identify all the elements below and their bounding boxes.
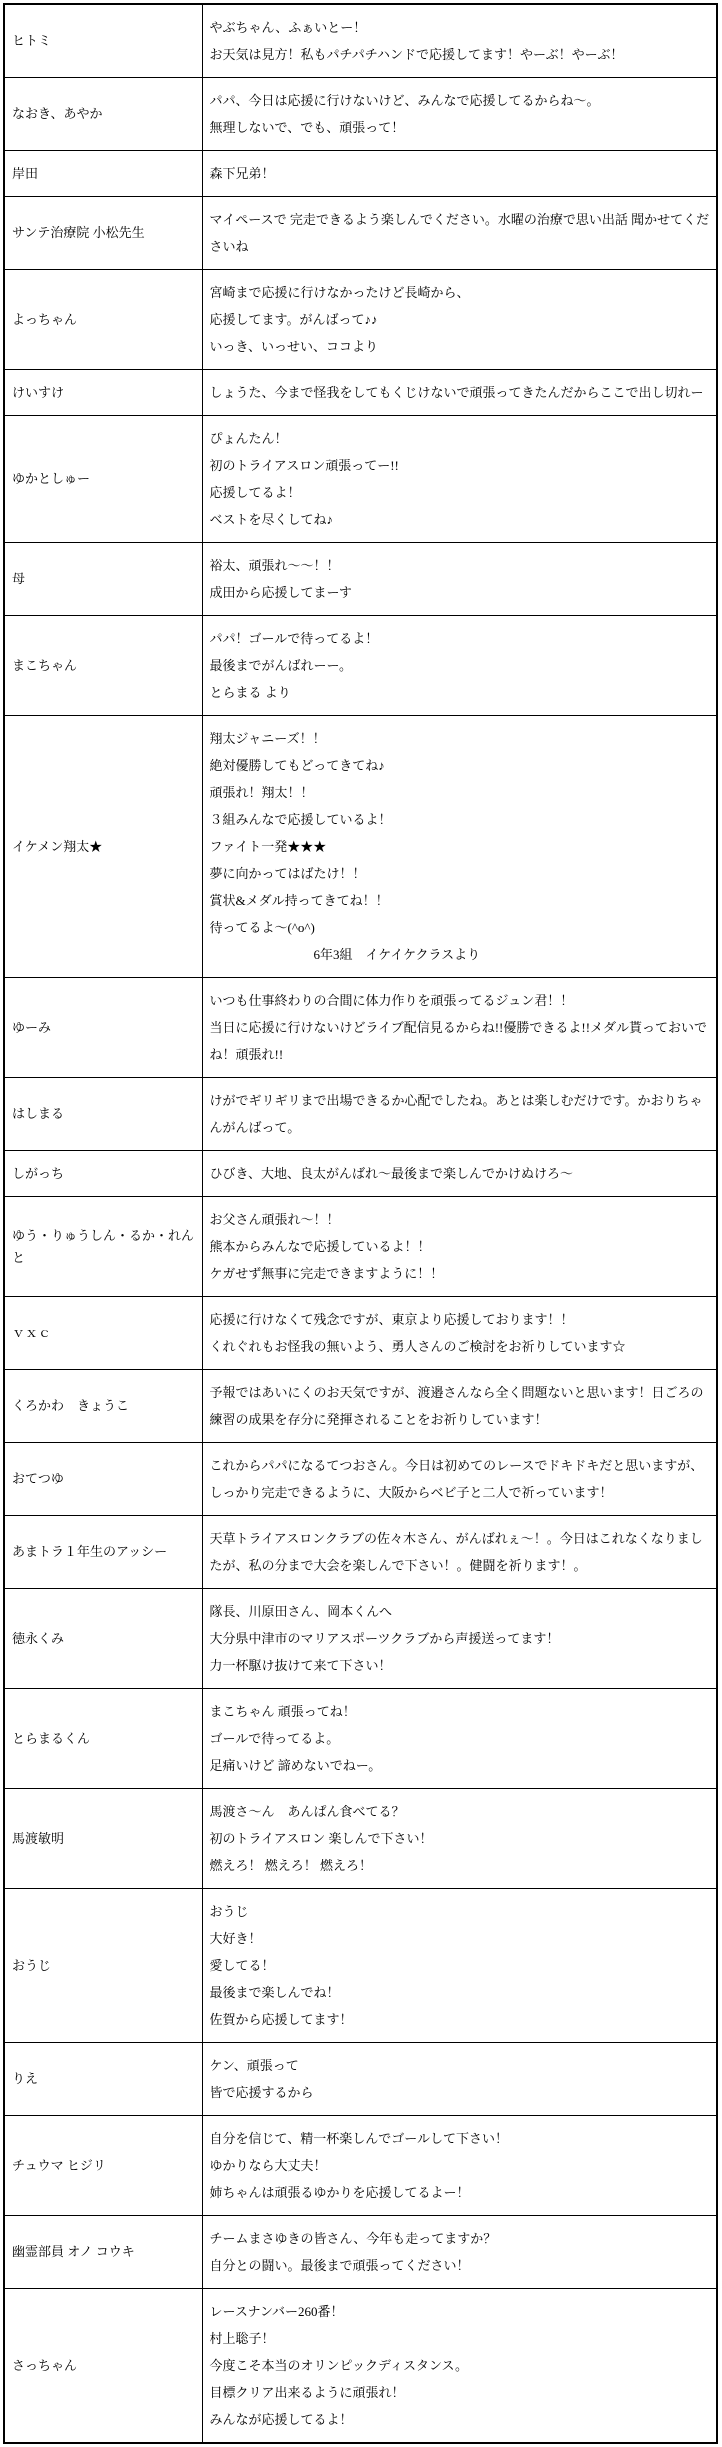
table-row: 幽霊部員 オノ コウキ チームまさゆきの皆さん、今年も走ってますか？自分との闘い… (4, 2216, 717, 2289)
supporter-name: 馬渡敏明 (4, 1789, 202, 1889)
message-cell: 森下兄弟！ (202, 151, 717, 197)
support-message-board: ヒトミ やぶちゃん、ふぁいとー！お天気は見方！私もパチパチハンドで応援してます！… (0, 0, 722, 2447)
supporter-name: おてつゆ (4, 1443, 202, 1516)
message-line: 今度こそ本当のオリンピックディスタンス。 (210, 2352, 711, 2379)
table-row: 徳永くみ 隊長、川原田さん、岡本くんへ大分県中津市のマリアスポーツクラブから声援… (4, 1589, 717, 1689)
message-line: おうじ (210, 1898, 711, 1925)
message-line: 応援してるよ！ (210, 479, 711, 506)
supporter-name: さっちゃん (4, 2289, 202, 2444)
table-row: よっちゃん 宮崎まで応援に行けなかったけど長崎から、応援してます。がんばって♪♪… (4, 270, 717, 370)
message-line: レースナンバー260番！ (210, 2298, 711, 2325)
supporter-name: サンテ治療院 小松先生 (4, 197, 202, 270)
table-row: ｖｘｃ 応援に行けなくて残念ですが、東京より応援しております！！くれぐれもお怪我… (4, 1297, 717, 1370)
supporter-name: 岸田 (4, 151, 202, 197)
message-line: ベストを尽くしてね♪ (210, 506, 711, 533)
message-line: 力一杯駆け抜けて来て下さい！ (210, 1652, 711, 1679)
table-row: はしまる けがでギリギリまで出場できるか心配でしたね。あとは楽しむだけです。かお… (4, 1078, 717, 1151)
message-line: 応援してます。がんばって♪♪ (210, 306, 711, 333)
message-line: 佐賀から応援してます！ (210, 2006, 711, 2033)
message-line: 成田から応援してまーす (210, 579, 711, 606)
table-row: 馬渡敏明 馬渡さ～ん あんぱん食べてる？初のトライアスロン 楽しんで下さい！燃え… (4, 1789, 717, 1889)
supporter-name: 幽霊部員 オノ コウキ (4, 2216, 202, 2289)
supporter-name: 母 (4, 543, 202, 616)
message-line: 翔太ジャニーズ！！ (210, 725, 711, 752)
message-line: 自分を信じて、精一杯楽しんでゴールして下さい！ (210, 2125, 711, 2152)
message-line: 裕太、頑張れ～～！！ (210, 552, 711, 579)
supporter-name: しがっち (4, 1151, 202, 1197)
table-row: おてつゆ これからパパになるてつおさん。今日は初めてのレースでドキドキだと思いま… (4, 1443, 717, 1516)
message-line: チームまさゆきの皆さん、今年も走ってますか？ (210, 2225, 711, 2252)
supporter-name: はしまる (4, 1078, 202, 1151)
table-row: ヒトミ やぶちゃん、ふぁいとー！お天気は見方！私もパチパチハンドで応援してます！… (4, 4, 717, 78)
supporter-name: ゆかとしゅー (4, 416, 202, 543)
table-row: あまトラ１年生のアッシー 天草トライアスロンクラブの佐々木さん、がんばれぇ～！。… (4, 1516, 717, 1589)
message-line: 当日に応援に行けないけどライブ配信見るからね!!優勝できるよ!!メダル貰っておい… (210, 1014, 711, 1068)
message-cell: 自分を信じて、精一杯楽しんでゴールして下さい！ゆかりなら大丈夫！姉ちゃんは頑張る… (202, 2116, 717, 2216)
table-row: しがっち ひびき、大地、良太がんばれ～最後まで楽しんでかけぬけろ～ (4, 1151, 717, 1197)
message-line: 天草トライアスロンクラブの佐々木さん、がんばれぇ～！。今日はこれなくなりましたが… (210, 1525, 711, 1579)
supporter-name: イケメン翔太★ (4, 716, 202, 978)
table-row: りえ ケン、頑張って皆で応援するから (4, 2043, 717, 2116)
supporter-name: りえ (4, 2043, 202, 2116)
message-line: 予報ではあいにくのお天気ですが、渡邉さんなら全く問題ないと思います！日ごろの練習… (210, 1379, 711, 1433)
message-cell: やぶちゃん、ふぁいとー！お天気は見方！私もパチパチハンドで応援してます！やーぶ！… (202, 4, 717, 78)
message-line: 最後まで楽しんでね！ (210, 1979, 711, 2006)
message-cell: ひびき、大地、良太がんばれ～最後まで楽しんでかけぬけろ～ (202, 1151, 717, 1197)
message-line: 頑張れ！翔太！！ (210, 779, 711, 806)
message-line: ３組みんなで応援しているよ！ (210, 806, 711, 833)
message-line: ゴールで待ってるよ。 (210, 1725, 711, 1752)
message-line: パパ！ゴールで待ってるよ！ (210, 625, 711, 652)
message-line: 絶対優勝してもどってきてね♪ (210, 752, 711, 779)
supporter-name: ｖｘｃ (4, 1297, 202, 1370)
supporter-name: とらまるくん (4, 1689, 202, 1789)
table-row: ゆーみ いつも仕事終わりの合間に体力作りを頑張ってるジュン君！！当日に応援に行け… (4, 978, 717, 1078)
message-line: けがでギリギリまで出場できるか心配でしたね。あとは楽しむだけです。かおりちゃんが… (210, 1087, 711, 1141)
message-cell: 応援に行けなくて残念ですが、東京より応援しております！！くれぐれもお怪我の無いよ… (202, 1297, 717, 1370)
table-row: チュウマ ヒジリ 自分を信じて、精一杯楽しんでゴールして下さい！ゆかりなら大丈夫… (4, 2116, 717, 2216)
message-line: ぴょんたん！ (210, 425, 711, 452)
message-cell: これからパパになるてつおさん。今日は初めてのレースでドキドキだと思いますが、しっ… (202, 1443, 717, 1516)
message-line: ゆかりなら大丈夫！ (210, 2152, 711, 2179)
message-cell: まこちゃん 頑張ってね！ゴールで待ってるよ。足痛いけど 諦めないでねー。 (202, 1689, 717, 1789)
table-row: くろかわ きょうこ 予報ではあいにくのお天気ですが、渡邉さんなら全く問題ないと思… (4, 1370, 717, 1443)
supporter-name: ゆう・りゅうしん・るか・れんと (4, 1197, 202, 1297)
message-cell: パパ、今日は応援に行けないけど、みんなで応援してるからね～。無理しないで、でも、… (202, 78, 717, 151)
message-cell: いつも仕事終わりの合間に体力作りを頑張ってるジュン君！！当日に応援に行けないけど… (202, 978, 717, 1078)
supporter-name: よっちゃん (4, 270, 202, 370)
support-messages-table: ヒトミ やぶちゃん、ふぁいとー！お天気は見方！私もパチパチハンドで応援してます！… (3, 3, 718, 2444)
table-row: おうじ おうじ大好き！愛してる！最後まで楽しんでね！佐賀から応援してます！ (4, 1889, 717, 2043)
message-line: 自分との闘い。最後まで頑張ってください！ (210, 2252, 711, 2279)
message-cell: 宮崎まで応援に行けなかったけど長崎から、応援してます。がんばって♪♪いっき、いっ… (202, 270, 717, 370)
supporter-name: おうじ (4, 1889, 202, 2043)
supporter-name: まこちゃん (4, 616, 202, 716)
table-row: 岸田 森下兄弟！ (4, 151, 717, 197)
supporter-name: あまトラ１年生のアッシー (4, 1516, 202, 1589)
message-line: パパ、今日は応援に行けないけど、みんなで応援してるからね～。 (210, 87, 711, 114)
message-cell: 予報ではあいにくのお天気ですが、渡邉さんなら全く問題ないと思います！日ごろの練習… (202, 1370, 717, 1443)
message-line: いつも仕事終わりの合間に体力作りを頑張ってるジュン君！！ (210, 987, 711, 1014)
message-line: 馬渡さ～ん あんぱん食べてる？ (210, 1798, 711, 1825)
message-cell: 天草トライアスロンクラブの佐々木さん、がんばれぇ～！。今日はこれなくなりましたが… (202, 1516, 717, 1589)
message-line: マイペースで 完走できるよう楽しんでください。水曜の治療で思い出話 聞かせてくだ… (210, 206, 711, 260)
message-cell: パパ！ゴールで待ってるよ！最後までがんばれーー。とらまる より (202, 616, 717, 716)
message-cell: 隊長、川原田さん、岡本くんへ大分県中津市のマリアスポーツクラブから声援送ってます… (202, 1589, 717, 1689)
message-line: 賞状&メダル持ってきてね！！ (210, 887, 711, 914)
message-line: 森下兄弟！ (210, 160, 711, 187)
message-cell: ぴょんたん！初のトライアスロン頑張ってー!!応援してるよ！ベストを尽くしてね♪ (202, 416, 717, 543)
message-line: みんなが応援してるよ！ (210, 2406, 711, 2433)
message-line: 目標クリア出来るように頑張れ！ (210, 2379, 711, 2406)
table-row: 母 裕太、頑張れ～～！！成田から応援してまーす (4, 543, 717, 616)
message-line: くれぐれもお怪我の無いよう、勇人さんのご検討をお祈りしています☆ (210, 1333, 711, 1360)
message-line: 夢に向かってはばたけ！！ (210, 860, 711, 887)
message-line: まこちゃん 頑張ってね！ (210, 1698, 711, 1725)
table-row: イケメン翔太★ 翔太ジャニーズ！！絶対優勝してもどってきてね♪頑張れ！翔太！！３… (4, 716, 717, 978)
message-line: やぶちゃん、ふぁいとー！ (210, 14, 711, 41)
supporter-name: なおき、あやか (4, 78, 202, 151)
message-line: 熊本からみんなで応援しているよ！！ (210, 1233, 711, 1260)
supporter-name: くろかわ きょうこ (4, 1370, 202, 1443)
supporter-name: けいすけ (4, 370, 202, 416)
message-line: 6年3組 イケイケクラスより (210, 941, 711, 968)
message-line: 燃えろ！ 燃えろ！ 燃えろ！ (210, 1852, 711, 1879)
message-cell: しょうた、今まで怪我をしてもくじけないで頑張ってきたんだからここで出し切れー (202, 370, 717, 416)
message-line: 愛してる！ (210, 1952, 711, 1979)
supporter-name: ヒトミ (4, 4, 202, 78)
message-cell: 裕太、頑張れ～～！！成田から応援してまーす (202, 543, 717, 616)
message-line: しょうた、今まで怪我をしてもくじけないで頑張ってきたんだからここで出し切れー (210, 379, 711, 406)
message-line: 初のトライアスロン頑張ってー!! (210, 452, 711, 479)
message-line: 姉ちゃんは頑張るゆかりを応援してるよー！ (210, 2179, 711, 2206)
message-line: とらまる より (210, 679, 711, 706)
message-cell: ケン、頑張って皆で応援するから (202, 2043, 717, 2116)
table-row: ゆかとしゅー ぴょんたん！初のトライアスロン頑張ってー!!応援してるよ！ベストを… (4, 416, 717, 543)
table-row: とらまるくん まこちゃん 頑張ってね！ゴールで待ってるよ。足痛いけど 諦めないで… (4, 1689, 717, 1789)
message-cell: 馬渡さ～ん あんぱん食べてる？初のトライアスロン 楽しんで下さい！燃えろ！ 燃え… (202, 1789, 717, 1889)
supporter-name: ゆーみ (4, 978, 202, 1078)
supporter-name: チュウマ ヒジリ (4, 2116, 202, 2216)
message-line: ケン、頑張って (210, 2052, 711, 2079)
message-line: 待ってるよ～(^o^) (210, 914, 711, 941)
message-line: ケガせず無事に完走できますように！！ (210, 1260, 711, 1287)
message-line: 最後までがんばれーー。 (210, 652, 711, 679)
message-line: 隊長、川原田さん、岡本くんへ (210, 1598, 711, 1625)
message-line: お天気は見方！私もパチパチハンドで応援してます！やーぶ！やーぶ！ (210, 41, 711, 68)
message-line: 皆で応援するから (210, 2079, 711, 2106)
message-line: 村上聡子！ (210, 2325, 711, 2352)
table-row: まこちゃん パパ！ゴールで待ってるよ！最後までがんばれーー。とらまる より (4, 616, 717, 716)
table-row: ゆう・りゅうしん・るか・れんと お父さん頑張れ～！！熊本からみんなで応援している… (4, 1197, 717, 1297)
message-line: 無理しないで、でも、頑張って！ (210, 114, 711, 141)
supporter-name: 徳永くみ (4, 1589, 202, 1689)
message-cell: お父さん頑張れ～！！熊本からみんなで応援しているよ！！ケガせず無事に完走できます… (202, 1197, 717, 1297)
message-cell: けがでギリギリまで出場できるか心配でしたね。あとは楽しむだけです。かおりちゃんが… (202, 1078, 717, 1151)
message-cell: 翔太ジャニーズ！！絶対優勝してもどってきてね♪頑張れ！翔太！！３組みんなで応援し… (202, 716, 717, 978)
support-messages-body: ヒトミ やぶちゃん、ふぁいとー！お天気は見方！私もパチパチハンドで応援してます！… (4, 4, 717, 2443)
message-cell: レースナンバー260番！村上聡子！今度こそ本当のオリンピックディスタンス。目標ク… (202, 2289, 717, 2444)
message-line: 大好き！ (210, 1925, 711, 1952)
message-line: ひびき、大地、良太がんばれ～最後まで楽しんでかけぬけろ～ (210, 1160, 711, 1187)
message-line: 初のトライアスロン 楽しんで下さい！ (210, 1825, 711, 1852)
message-cell: チームまさゆきの皆さん、今年も走ってますか？自分との闘い。最後まで頑張ってくださ… (202, 2216, 717, 2289)
message-cell: マイペースで 完走できるよう楽しんでください。水曜の治療で思い出話 聞かせてくだ… (202, 197, 717, 270)
message-line: いっき、いっせい、ココより (210, 333, 711, 360)
table-row: なおき、あやか パパ、今日は応援に行けないけど、みんなで応援してるからね～。無理… (4, 78, 717, 151)
message-line: ファイト一発★★★ (210, 833, 711, 860)
message-line: お父さん頑張れ～！！ (210, 1206, 711, 1233)
message-line: 応援に行けなくて残念ですが、東京より応援しております！！ (210, 1306, 711, 1333)
table-row: サンテ治療院 小松先生 マイペースで 完走できるよう楽しんでください。水曜の治療… (4, 197, 717, 270)
message-line: 足痛いけど 諦めないでねー。 (210, 1752, 711, 1779)
message-line: これからパパになるてつおさん。今日は初めてのレースでドキドキだと思いますが、しっ… (210, 1452, 711, 1506)
message-line: 大分県中津市のマリアスポーツクラブから声援送ってます！ (210, 1625, 711, 1652)
table-row: けいすけ しょうた、今まで怪我をしてもくじけないで頑張ってきたんだからここで出し… (4, 370, 717, 416)
message-cell: おうじ大好き！愛してる！最後まで楽しんでね！佐賀から応援してます！ (202, 1889, 717, 2043)
message-line: 宮崎まで応援に行けなかったけど長崎から、 (210, 279, 711, 306)
table-row: さっちゃん レースナンバー260番！村上聡子！今度こそ本当のオリンピックディスタ… (4, 2289, 717, 2444)
